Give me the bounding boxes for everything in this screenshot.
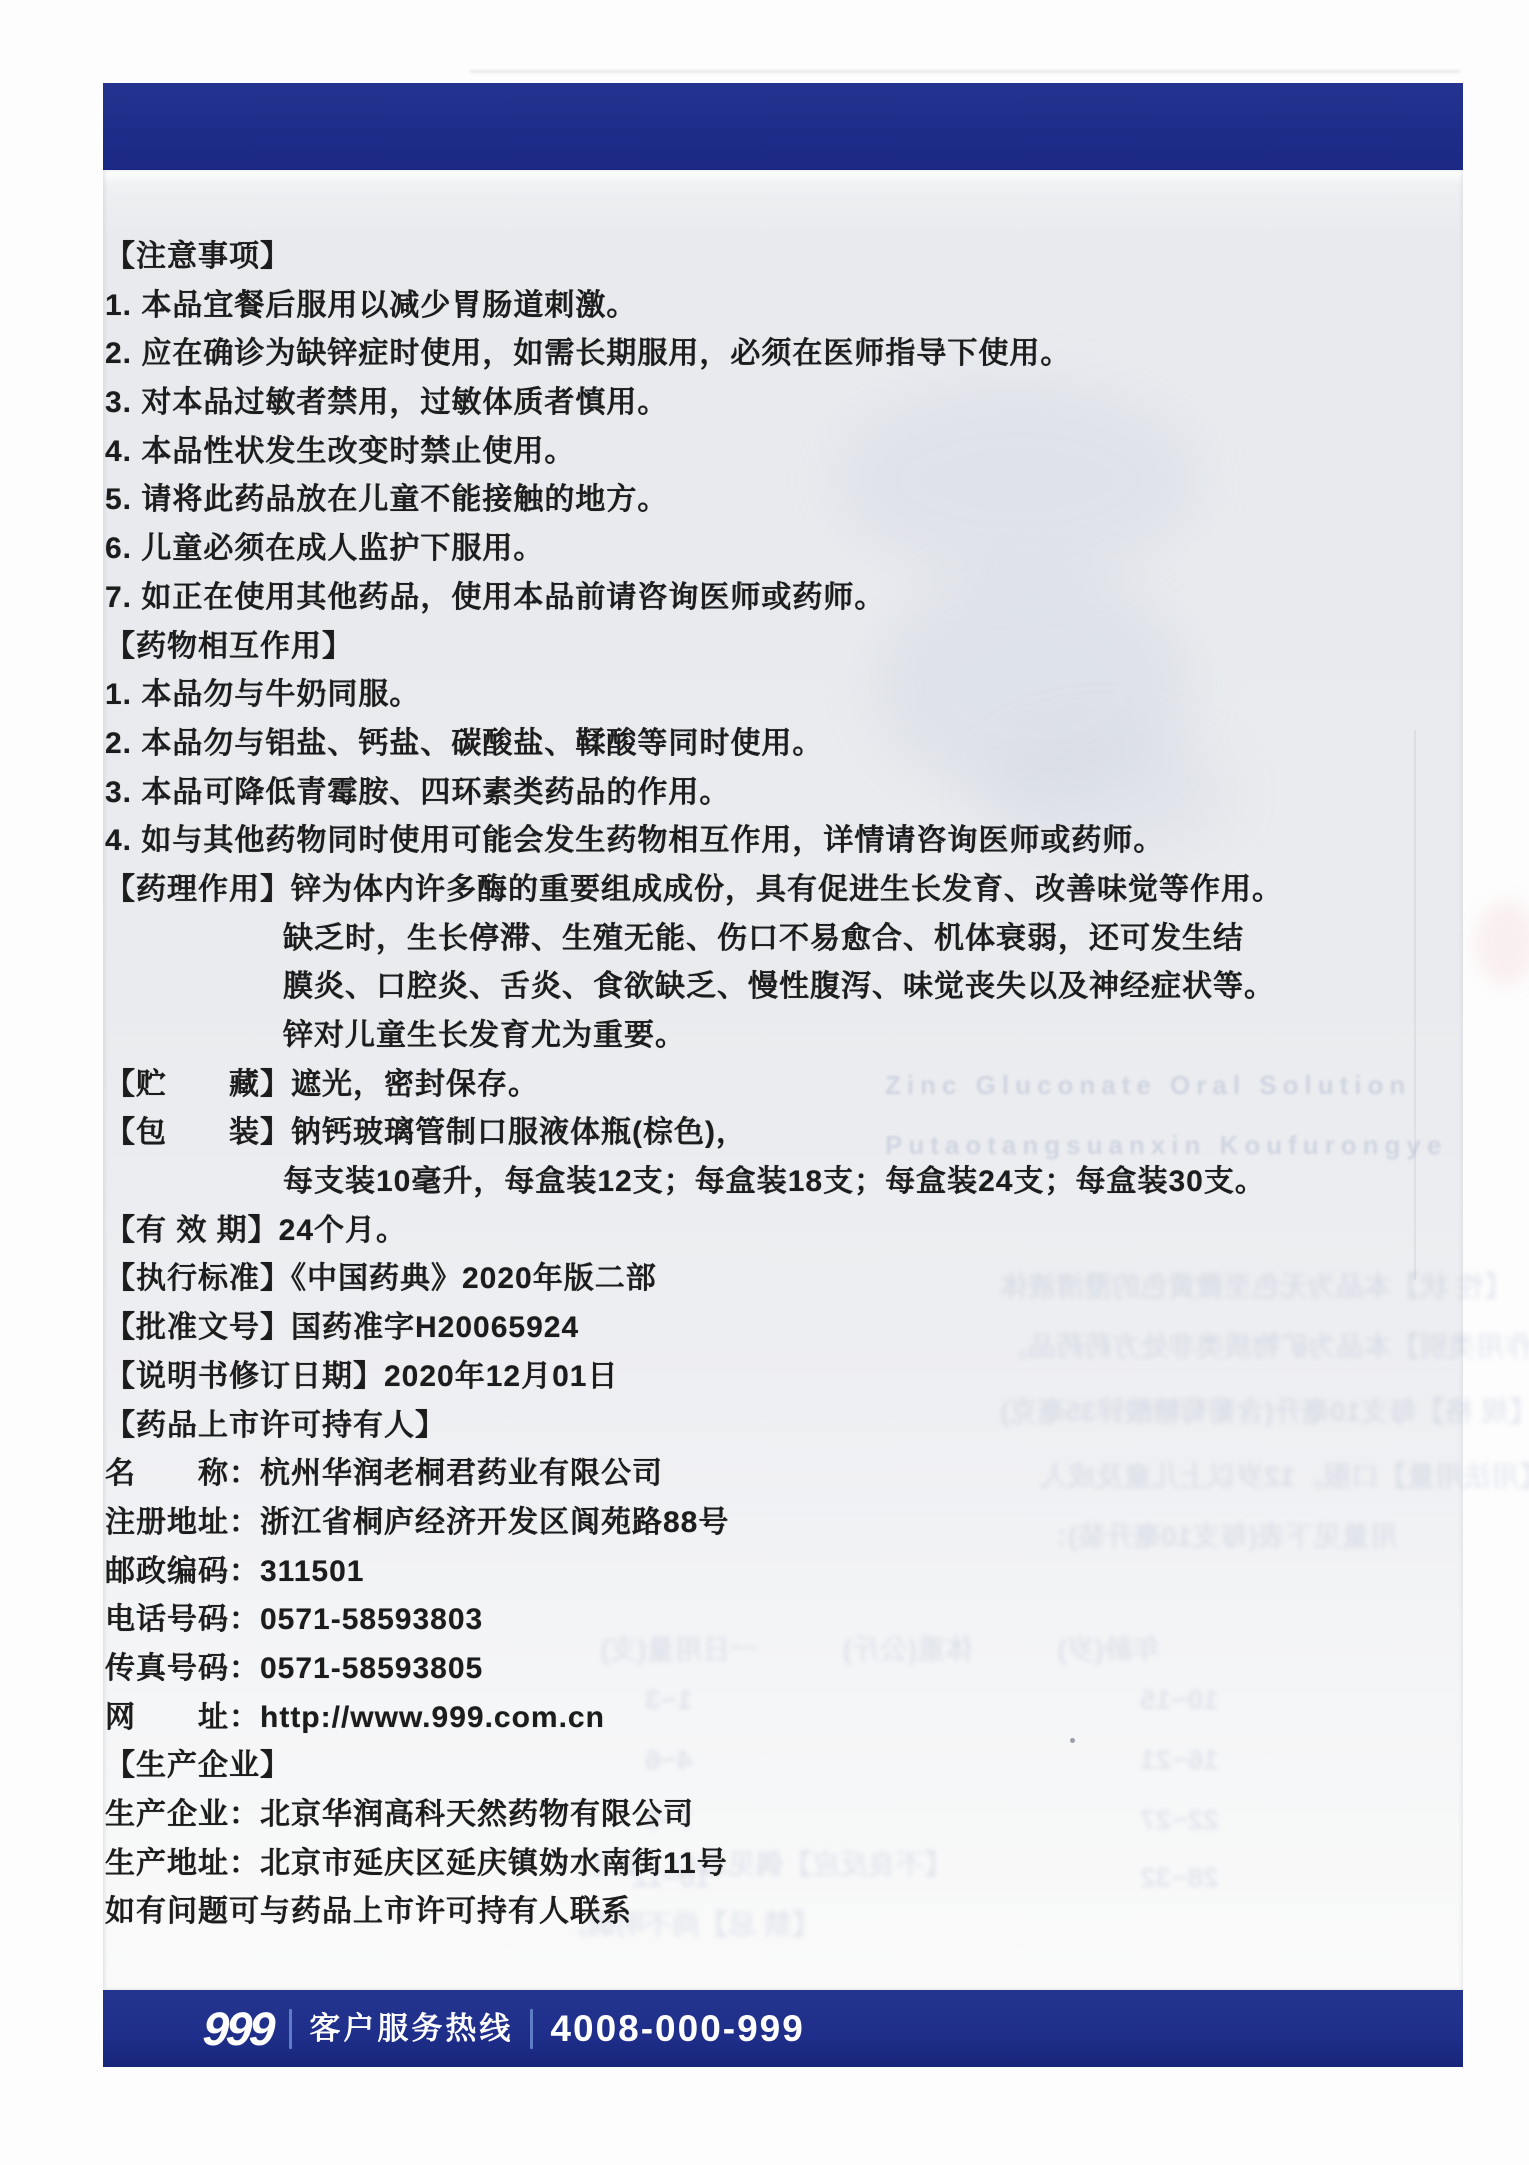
body-text-line: 电话号码：0571-58593803 [105,1596,1405,1645]
body-text-line: 注册地址：浙江省桐庐经济开发区阆苑路88号 [105,1499,1405,1548]
scan-streak [470,70,1460,73]
header-bar [103,83,1463,170]
body-text-line: 生产企业：北京华润高科天然药物有限公司 [105,1791,1405,1840]
body-text-line: 2. 本品勿与铝盐、钙盐、碳酸盐、鞣酸等同时使用。 [105,720,1405,769]
body-text-line: 3. 本品可降低青霉胺、四环素类药品的作用。 [105,769,1405,818]
body-text-line: 缺乏时，生长停滞、生殖无能、伤口不易愈合、机体衰弱，还可发生结 [105,915,1405,964]
body-text-line: 4. 如与其他药物同时使用可能会发生药物相互作用，详情请咨询医师或药师。 [105,817,1405,866]
footer-bar: 999 客户服务热线 4008-000-999 [103,1990,1463,2067]
body-text-line: 3. 对本品过敏者禁用，过敏体质者慎用。 [105,379,1405,428]
section-heading-line: 【批准文号】国药准字H20065924 [105,1304,1405,1353]
service-hotline-number: 4008-000-999 [550,2010,804,2047]
body-text-line: 2. 应在确诊为缺锌症时使用，如需长期服用，必须在医师指导下使用。 [105,330,1405,379]
body-text-line: 锌对儿童生长发育尤为重要。 [105,1012,1405,1061]
body-text-line: 如有问题可与药品上市许可持有人联系 [105,1888,1405,1937]
body-text-line: 6. 儿童必须在成人监护下服用。 [105,525,1405,574]
section-heading-line: 【有 效 期】24个月。 [105,1207,1405,1256]
section-heading-line: 【药理作用】锌为体内许多酶的重要组成成份，具有促进生长发育、改善味觉等作用。 [105,866,1405,915]
insert-text-column: 【注意事项】 1. 本品宜餐后服用以减少胃肠道刺激。 2. 应在确诊为缺锌症时使… [105,233,1405,1937]
body-text-line: 5. 请将此药品放在儿童不能接触的地方。 [105,476,1405,525]
body-text-line: 邮政编码：311501 [105,1548,1405,1597]
body-text-line: 7. 如正在使用其他药品，使用本品前请咨询医师或药师。 [105,574,1405,623]
body-text-line: 1. 本品宜餐后服用以减少胃肠道刺激。 [105,282,1405,331]
body-text-line: 传真号码：0571-58593805 [105,1645,1405,1694]
section-heading-line: 【说明书修订日期】2020年12月01日 [105,1353,1405,1402]
body-text-line: 4. 本品性状发生改变时禁止使用。 [105,428,1405,477]
body-text-line: 名 称：杭州华润老桐君药业有限公司 [105,1450,1405,1499]
brand-999-logo: 999 [202,2005,274,2052]
section-heading-line: 【包 装】钠钙玻璃管制口服液体瓶(棕色)， [105,1109,1405,1158]
section-heading-line: 【药品上市许可持有人】 [105,1402,1405,1451]
section-heading-line: 【注意事项】 [105,233,1405,282]
scanned-drug-insert-page: Zinc Gluconate Oral Solution Putaotangsu… [0,0,1529,2165]
section-heading-line: 【生产企业】 [105,1742,1405,1791]
footer-separator [530,2009,533,2049]
scan-smudge [1475,900,1529,986]
service-hotline-label: 客户服务热线 [309,2013,513,2044]
footer-separator [289,2009,292,2049]
body-text-line: 每支装10毫升，每盒装12支；每盒装18支；每盒装24支；每盒装30支。 [105,1158,1405,1207]
body-text-line: 膜炎、口腔炎、舌炎、食欲缺乏、慢性腹泻、味觉丧失以及神经症状等。 [105,963,1405,1012]
body-text-line: 网 址：http://www.999.com.cn [105,1694,1405,1743]
section-heading-line: 【执行标准】《中国药典》2020年版二部 [105,1255,1405,1304]
body-text-line: 生产地址：北京市延庆区延庆镇妫水南街11号 [105,1840,1405,1889]
body-text-line: 1. 本品勿与牛奶同服。 [105,671,1405,720]
scan-seam [1414,730,1416,1280]
section-heading-line: 【贮 藏】遮光，密封保存。 [105,1061,1405,1110]
section-heading-line: 【药物相互作用】 [105,623,1405,672]
